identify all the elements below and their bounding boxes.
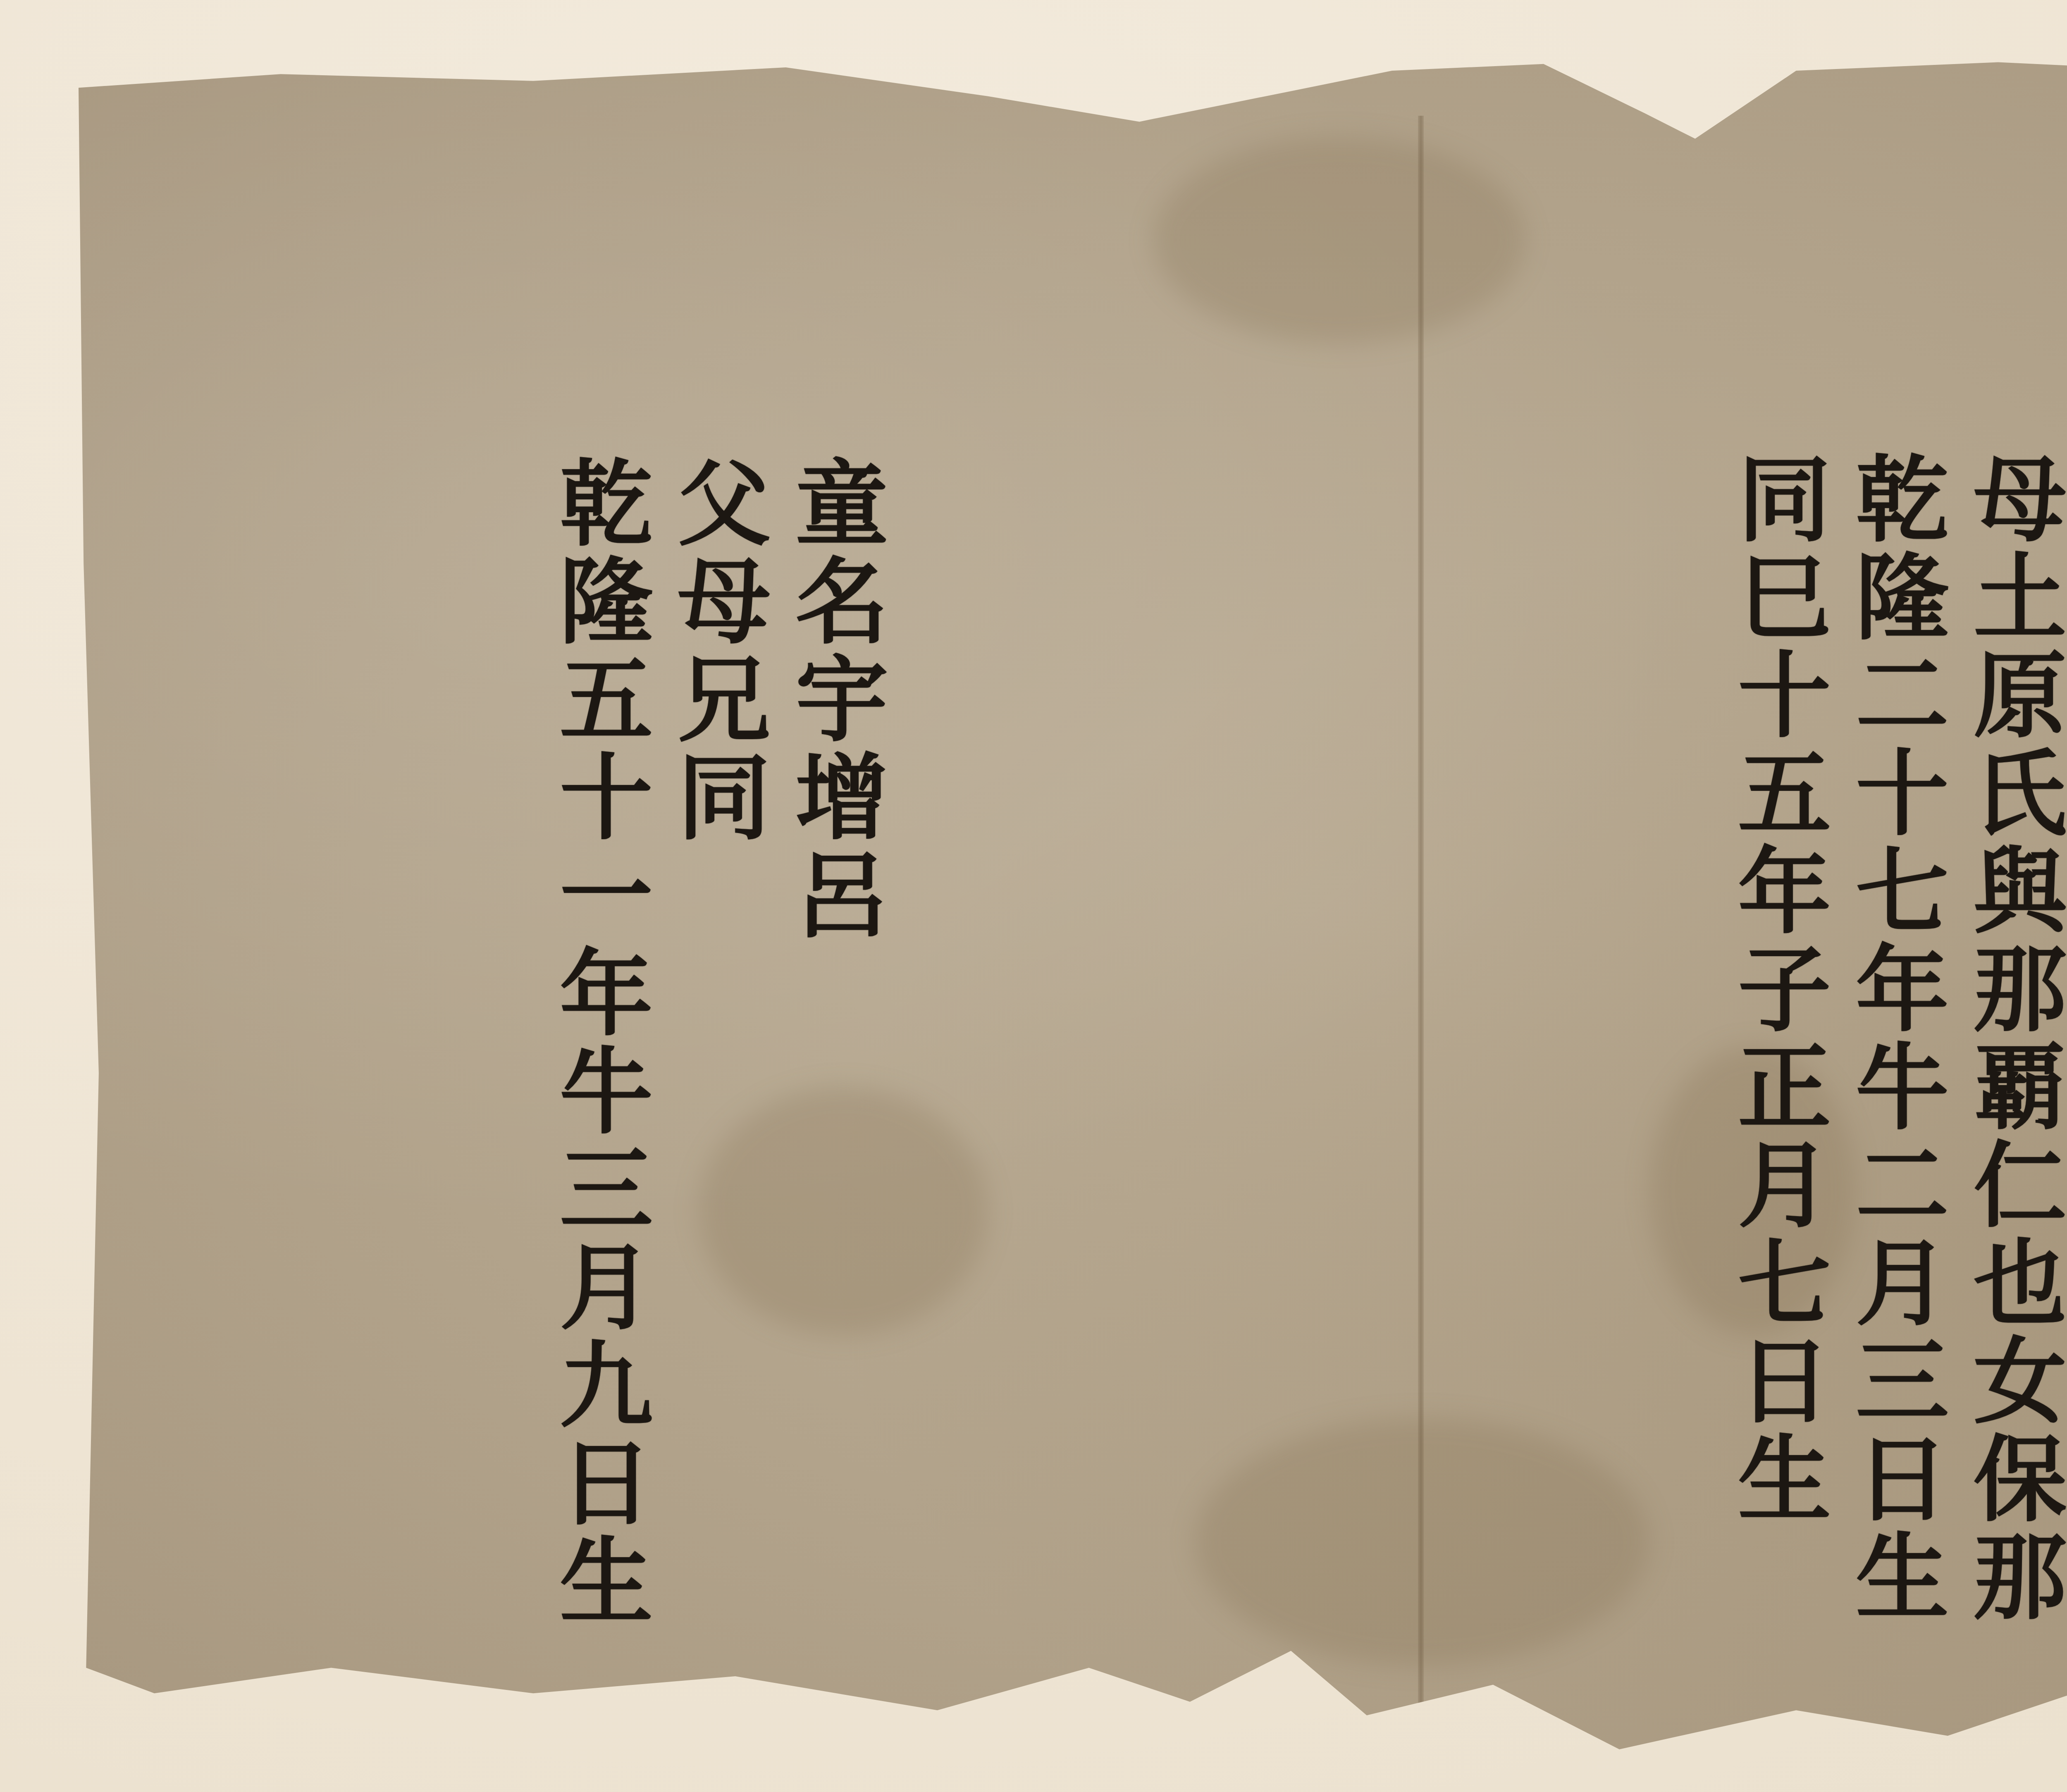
text-column: 同巳十五年子正月七日生 [1730,451,1823,1626]
right-page-text: 童名宇增 父春源十代五男池間仁也春 母土原氏與那覇仁也女保那 乾隆二十七年牛二月… [0,451,2067,1626]
text-column: 乾隆二十七年牛二月三日生 [1848,451,1941,1626]
text-column: 母土原氏與那覇仁也女保那 [1966,451,2059,1626]
right-page: 童名宇增 父春源十代五男池間仁也春 母土原氏與那覇仁也女保那 乾隆二十七年牛二月… [1424,54,2067,1753]
manuscript-sheet: 童名宇增呂 父母兄同 乾隆五十一年牛三月九日生 童名宇增 父春源十代五男池間仁也… [79,54,2067,1753]
